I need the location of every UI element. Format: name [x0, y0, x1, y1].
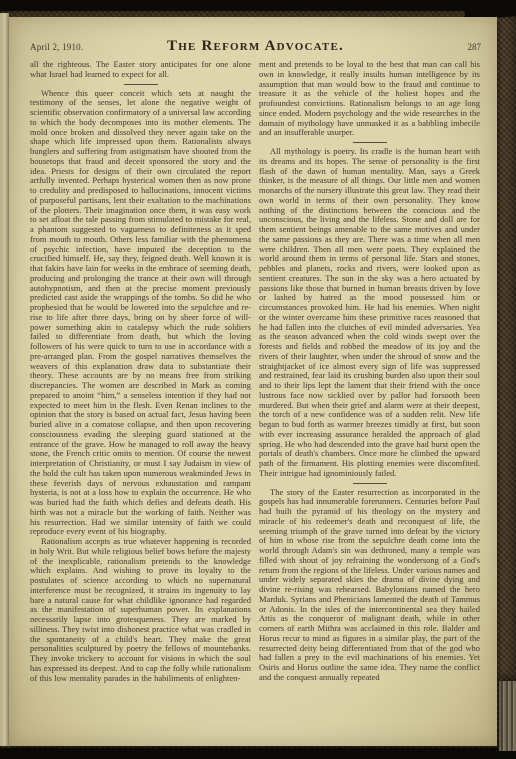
paragraph: ment and pretends to be loyal to the bes… — [259, 60, 480, 138]
paragraph: Whence this queer conceit which sets at … — [30, 89, 251, 538]
publication-title: The Reform Advocate. — [167, 38, 344, 55]
magazine-page: April 2, 1910. The Reform Advocate. 287 … — [9, 17, 497, 746]
right-column: ment and pretends to be loyal to the bes… — [259, 60, 480, 683]
book-photo: April 2, 1910. The Reform Advocate. 287 … — [0, 0, 516, 759]
page-number: 287 — [344, 42, 481, 52]
section-divider — [353, 142, 387, 143]
paragraph: The story of the Easter resurrection as … — [259, 488, 480, 683]
text-columns: all the righteous. The Easter story anti… — [9, 60, 497, 683]
paragraph: All mythology is poetry. Its cradle is t… — [259, 147, 480, 479]
paragraph: Rationalism accepts as true whatever hap… — [30, 537, 251, 683]
section-divider — [124, 84, 158, 85]
paragraph: all the righteous. The Easter story anti… — [30, 60, 251, 80]
left-column: all the righteous. The Easter story anti… — [30, 60, 251, 683]
page-edges — [499, 681, 516, 751]
section-divider — [353, 483, 387, 484]
facing-page-edge — [0, 13, 9, 746]
page-header: April 2, 1910. The Reform Advocate. 287 — [9, 38, 497, 55]
issue-date: April 2, 1910. — [30, 42, 167, 52]
